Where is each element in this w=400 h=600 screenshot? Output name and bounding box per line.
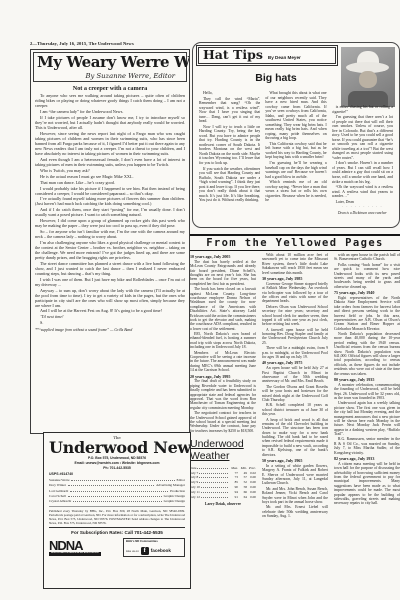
yellowed-paragraph: Underwood again has a weekly talking pic… (334, 401, 400, 436)
yellowed-paragraph: R.G. Rasmussen, senior member in the R &… (334, 437, 400, 455)
yellowed-column-3: with an open house in the parish hall of… (334, 253, 400, 593)
weary-paragraph: Who is Twitch, you may ask? (35, 169, 185, 174)
weather-section: Underwood Weather Date Max. Min. Prec. J… (190, 439, 256, 507)
ndna-acronym: NDNA (49, 540, 101, 552)
weather-observer: Larry Dziak, observer (190, 502, 256, 507)
weary-paragraph: I would probably take his picture if I h… (35, 187, 185, 197)
yellowed-paragraph: The negotiated contract for teachers in … (190, 411, 256, 433)
weary-headline: Not a creeper with a camera (33, 85, 187, 92)
like-us-label: Like us on (126, 550, 139, 553)
weather-title-line2: Weather (190, 450, 230, 462)
weary-header-box: My Weary Werre World By Suzanne Werre, E… (33, 52, 187, 82)
staff-row: Crystal Albrecht Graphic Design (49, 499, 185, 504)
masthead-title: Underwood News (49, 440, 185, 456)
yellowed-paragraph: With about 10 million acre feet of snowm… (262, 253, 328, 275)
weather-table-row: July 12 91 64 0.00 (190, 495, 256, 500)
hat-tips-column-3: is either chasing his hat or rolling a c… (332, 91, 393, 221)
yellowed-paragraph: The dust has barely settled at the McLea… (190, 260, 256, 286)
hat-tips-paragraph: Now I will try to teach a little on Hard… (199, 125, 260, 166)
yellowed-section: With about 10 million acre feet of snowm… (262, 253, 328, 275)
hat-tips-columns: Hello,They call the wind “Maria”. Rememb… (199, 91, 393, 221)
hat-tips-byline: By Dean Meyer (268, 56, 301, 61)
cowboy-face-icon (359, 71, 377, 88)
yellowed-paragraph: Governor George Sinner stopped briefly a… (262, 282, 328, 304)
yellowed-paragraph: with an open house in the parish hall of… (334, 253, 400, 262)
weary-paragraph: I’ve actually found myself taking more p… (35, 197, 185, 207)
weary-signoff: ’Til next time! (35, 315, 185, 320)
weary-paragraph: The street dance committee has planned a… (35, 262, 185, 277)
yellowed-pages-columns: 10 years ago, July 2005 The dust has bar… (190, 253, 400, 593)
hat-tips-headline: Big hats (211, 73, 341, 84)
hat-tips-paragraph: This California cowboy said that he left… (265, 142, 326, 160)
yellowed-section: 50 years ago, July 1965 In a setting of … (262, 458, 328, 519)
yellowed-paragraph: Delores Olson was Underwood School secre… (262, 305, 328, 327)
yellowed-paragraph: Mr. and Mrs. Ernest Liebel will celebrat… (262, 505, 328, 518)
yellowed-section: 40 years ago, July 1975 An open house wi… (262, 360, 328, 457)
yellowed-section-heading: 20 years ago, July 1995 (190, 374, 256, 379)
masthead-box: The Underwood News P.O. Box 575, Underwo… (43, 432, 191, 589)
yellowed-section-heading: 80 years ago, July 1935 (334, 377, 400, 382)
hat-tips-paragraph: What brought this about is what one of o… (265, 91, 326, 141)
hat-tips-paragraph: Which reminds me of an old cowboy saying… (265, 180, 326, 203)
weary-byline: By Suzanne Werre, Editor (37, 71, 183, 80)
weary-initial: S. (35, 321, 185, 326)
weather-title-line1: Underwood (190, 438, 244, 450)
yellowed-section: 80 years ago, July 1935 A monster celebr… (334, 377, 400, 455)
masthead-fine-print: Published every Thursday by BHG, Inc., P… (49, 506, 185, 525)
hat-tips-paragraph: They call the wind “Maria”. Remember tha… (199, 97, 260, 124)
hat-tips-title-bar: Hat Tips By Dean Meyer (198, 47, 336, 64)
yellowed-paragraph: An open house will be held July 27 at Fi… (262, 366, 328, 384)
masthead-logos-row: NDNA NORTH DAKOTA NEWSPAPER ASSOCIATION … (49, 538, 185, 557)
yellowed-section: 75 years ago, July 1940 Eight representa… (334, 290, 400, 376)
staff-name: Crystal Albrecht (49, 499, 71, 504)
yellowed-column-2: With about 10 million acre feet of snowm… (262, 253, 328, 593)
yellowed-section: 82 years ago, July 1933 A citizen mass m… (334, 456, 400, 506)
facebook-f-icon: f (141, 547, 149, 555)
hat-tips-paragraph: I’m guessing that there aren’t a lot of … (332, 115, 393, 160)
yellowed-section: 10 years ago, July 2005 The dust has bar… (190, 254, 256, 373)
hat-tips-column-2: What brought this about is what one of o… (265, 91, 326, 221)
staff-role: Graphic Design (164, 499, 185, 504)
yellowed-paragraph: A heap of brick and wood is all that rem… (262, 418, 328, 458)
hat-tips-box: Hat Tips By Dean Meyer Big hats Hello,Th… (192, 42, 400, 228)
ndna-bar-text: NORTH DAKOTA NEWSPAPER ASSOCIATION (49, 552, 101, 556)
weary-paragraph: Anyway – to sum up, don’t worry about th… (35, 289, 185, 309)
weary-paragraph: He is the actual reason I must go see Ma… (35, 175, 185, 180)
weary-paragraph: That man can dance. Like – he’s crazy go… (35, 181, 185, 186)
hat-tips-title: Hat Tips (203, 49, 263, 62)
weary-paragraph: I’m also challenging anyone who likes a … (35, 241, 185, 261)
yellowed-pages-banner: From the Yellowed Pages (190, 234, 400, 251)
hat-tips-paragraph: If you watch the weather, oftentimes you… (199, 167, 260, 203)
hat-tips-paragraph: “Oh the wayward wind is a restless wind.… (332, 185, 393, 199)
yellowed-paragraph: A monster celebration, commemorating the… (334, 383, 400, 401)
weary-column-title: My Weary Werre World (37, 55, 183, 71)
page-folio: 2—Thursday, July 16, 2015, The Underwood… (30, 42, 134, 47)
yellowed-paragraph: Eight representatives of the North Dakot… (334, 296, 400, 331)
yellowed-paragraph: A farewell open house will be held honor… (262, 328, 328, 346)
yellowed-section-heading: 30 years ago, July 1985 (262, 276, 328, 281)
masthead-staff-list: Suzanne Werre Editor Dory Winter Adverti… (49, 478, 185, 504)
weary-body: To anyone who sees me walking around tak… (31, 94, 189, 333)
yellowed-section: with an open house in the parish hall of… (334, 253, 400, 289)
yellowed-paragraph: There will be a midnight swim, from 9 p.… (262, 346, 328, 359)
ndna-logo: NDNA NORTH DAKOTA NEWSPAPER ASSOCIATION (49, 540, 101, 556)
facebook-promo-heading: BHG's ND Communities (126, 540, 182, 543)
yellowed-paragraph: The final draft of a feasibility study o… (190, 379, 256, 410)
hat-tips-column-1: Hello,They call the wind “Maria”. Rememb… (199, 91, 260, 221)
weather-table: Date Max. Min. Prec. July 7 77 49 0.02 (190, 466, 256, 501)
yellowed-paragraph: Members of McLean Electric Cooperative w… (190, 351, 256, 373)
yellowed-column-1: 10 years ago, July 2005 The dust has bar… (190, 253, 256, 593)
weary-paragraph: So – for anyone who isn’t familiar with … (35, 230, 185, 240)
weary-paragraph: However, since seeing the news report la… (35, 132, 185, 157)
facebook-promo-box: BHG's ND Communities Like us on f facebo… (123, 538, 185, 557)
weary-paragraph: However, I did come upon a group of glam… (35, 219, 185, 229)
weary-paragraph: If I take pictures of people I assume do… (35, 116, 185, 131)
weary-column: My Weary Werre World By Suzanne Werre, E… (30, 49, 190, 434)
masthead-usps: USPS #614740 (49, 472, 185, 477)
yellowed-paragraph: E85, North Dakota’s own brand of ethanol… (190, 332, 256, 350)
hat-tips-paragraph: is either chasing his hat or rolling a c… (332, 105, 393, 114)
hat-tips-author-credit: Dean is a Dickinson area rancher (332, 211, 393, 215)
yellowed-paragraph: B.R. Schell completed 10 years as school… (262, 403, 328, 416)
yellowed-section: 20 years ago, July 1995 The final draft … (190, 374, 256, 434)
newspaper-page: 2—Thursday, July 16, 2015, The Underwood… (0, 0, 400, 600)
hat-tips-signoff: Later, Dean (332, 200, 393, 205)
yellowed-paragraph: The book has been closed on a lawsuit ag… (190, 287, 256, 331)
yellowed-section: 30 years ago, July 1985 Governor George … (262, 276, 328, 359)
weary-paragraph: I wish I was one of them. But I just hav… (35, 278, 185, 288)
masthead-phone: Ph: 701-442-5535 (49, 466, 185, 471)
weather-title: Underwood Weather (190, 439, 256, 463)
subscription-rates-line: For Subscription Rates: Call 701-442-553… (49, 527, 185, 536)
yellowed-paragraph: Folks coming “back home” for a visit are… (334, 263, 400, 289)
yellowed-paragraph: In a setting of white garden flowers, Ma… (262, 464, 328, 486)
hat-tips-divider: · · · · · · · · · · (332, 205, 393, 210)
facebook-wordmark: facebook (151, 549, 171, 554)
yellowed-section-heading: 10 years ago, July 2005 (190, 254, 256, 259)
hat-tips-paragraph: Hello, (199, 91, 260, 96)
yellowed-paragraph: North Dakota’s population decreased more… (334, 332, 400, 376)
weary-footnote: **“supplied image from without a sound f… (35, 328, 185, 333)
yellowed-paragraph: The Gordon Olsons and Grant Roseths will… (262, 385, 328, 403)
weary-paragraph: And even though I am a heterosexual fema… (35, 158, 185, 168)
weary-paragraphs: To anyone who sees me walking around tak… (35, 94, 185, 314)
hat-tips-paragraph: I don’t smoke. Haven’t in a number of ye… (332, 161, 393, 184)
yellowed-paragraph: A citizen mass meeting will be held in t… (334, 462, 400, 506)
hat-tips-paragraph: I’m guessing he’ll be wearing a baseball… (265, 161, 326, 179)
weary-paragraph: To anyone who sees me walking around tak… (35, 94, 185, 109)
weary-paragraph: And if I do catch them, once they start … (35, 208, 185, 218)
yellowed-section-heading: 40 years ago, July 1975 (262, 360, 328, 365)
yellowed-paragraph: Mr. and Mrs. John Bench, Susan Bench, Ro… (262, 487, 328, 505)
yellowed-section-heading: 50 years ago, July 1965 (262, 458, 328, 463)
yellowed-section-heading: 75 years ago, July 1940 (334, 290, 400, 295)
yellowed-section-heading: 82 years ago, July 1933 (334, 456, 400, 461)
